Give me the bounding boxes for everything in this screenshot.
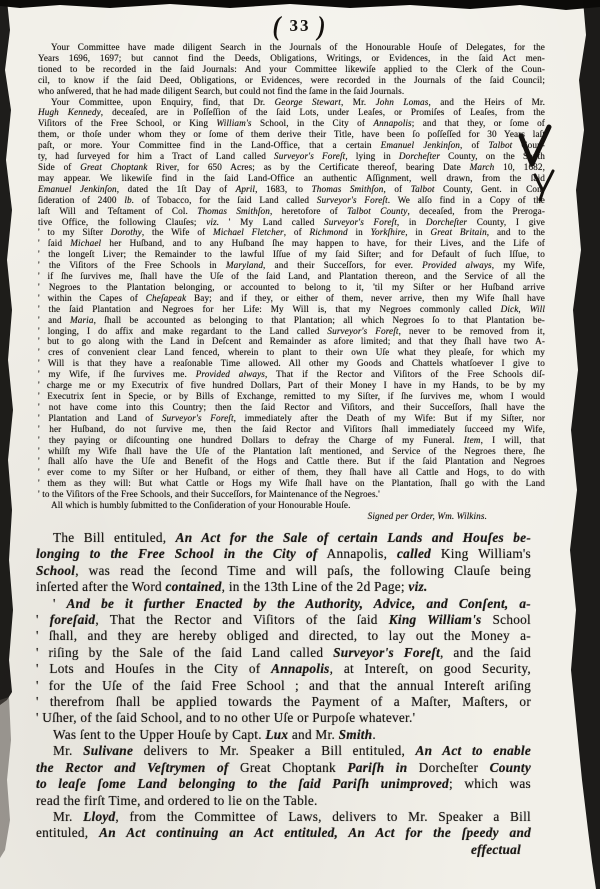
- text-line: longing to the Free School in the City o…: [36, 546, 531, 562]
- italic-text: Dorcheſter: [399, 151, 440, 161]
- italic-text: Item: [464, 435, 481, 445]
- italic-text: longing to the Free School in the City o…: [36, 546, 318, 561]
- text-line: laſt Will and Teſtament of Col. Thomas S…: [38, 206, 545, 217]
- text-line: read the firſt Time, and ordered to lie …: [36, 793, 531, 809]
- italic-text: Emanuel Jenkinſon: [38, 184, 117, 194]
- italic-text: Lloyd: [83, 809, 115, 824]
- text-line: ' charge me or my Executrix of five hund…: [38, 380, 545, 391]
- italic-text: Sulivane: [83, 743, 133, 758]
- text-line: The Bill entituled, An Act for the Sale …: [36, 530, 531, 546]
- text-line: ty, had ſurveyed for him a Tract of Land…: [38, 151, 545, 162]
- italic-text: School: [36, 563, 75, 578]
- italic-text: Talbot: [488, 140, 512, 150]
- italic-text: Surveyor's Foreſt: [274, 151, 345, 161]
- text-line: ' them as they will: But what Cattle or …: [38, 478, 545, 489]
- text-line: ' Will is that they have a reaſonable Ti…: [38, 358, 545, 369]
- italic-text: John Lomas: [376, 97, 429, 107]
- text-line: inſerted after the Word contained, in th…: [36, 579, 531, 595]
- italic-text: An Act for the Sale of certain Lands and…: [176, 530, 531, 545]
- text-line: ' foreſaid, That the Rector and Viſitors…: [36, 612, 531, 628]
- italic-text: Hugh Kennedy: [38, 107, 101, 117]
- text-line: ' ſaid Michael her Huſband, and to any H…: [38, 238, 545, 249]
- page-number: (33): [0, 14, 600, 41]
- text-line: ' my Wife, if ſhe ſurvives me. Provided …: [38, 369, 545, 380]
- text-line: ' not have come into this Country; then …: [38, 402, 545, 413]
- text-line: tioned to be recorded in the ſaid Journa…: [38, 64, 545, 75]
- text-line: School, was read the ſecond Time and wil…: [36, 563, 531, 579]
- italic-text: Talbot: [411, 184, 435, 194]
- text-line: ' the Viſitors of the Free Schools in Ma…: [38, 260, 545, 271]
- italic-text: Yorkſhire: [371, 227, 406, 237]
- text-line: ' cres of convenient clear Land fenced, …: [38, 347, 545, 358]
- text-line: ' her Huſband, do not ſurvive me, then t…: [38, 424, 545, 435]
- italic-text: Provided always: [422, 260, 492, 270]
- journal-proceedings-text: The Bill entituled, An Act for the Sale …: [36, 530, 531, 858]
- italic-text: An Act continuing an Act entituled, An A…: [99, 825, 531, 840]
- scan-left-edge: [0, 0, 13, 705]
- italic-text: County: [490, 760, 531, 775]
- text-line: ' to my Siſter Dorothy, the Wife of Mich…: [38, 227, 545, 238]
- italic-text: Thomas Smithſon: [312, 184, 384, 194]
- text-line: paſt, or more. Your Committee find in th…: [38, 140, 545, 151]
- text-line: Your Committee, upon Enquiry, find, that…: [38, 97, 545, 108]
- text-line: Mr. Sulivane delivers to Mr. Speaker a B…: [36, 743, 531, 759]
- italic-text: Great Choptank: [80, 162, 147, 172]
- italic-text: Thomas Smithſon: [197, 206, 270, 216]
- scan-right-edge: [570, 0, 600, 889]
- text-line: the Rector and Veſtrymen of Great Chopta…: [36, 760, 531, 776]
- text-line: may appear. We likewiſe find in the ſaid…: [38, 173, 545, 184]
- italic-text: April: [236, 184, 256, 194]
- text-line: ' ſhall, and they are hereby obliged and…: [36, 628, 531, 644]
- text-line: ' for the Uſe of the ſaid Free School ; …: [36, 678, 531, 694]
- text-line: ' And be it further Enacted by the Autho…: [36, 596, 531, 612]
- text-line: who anſwered, that he had made diligent …: [38, 86, 545, 97]
- italic-text: viz.: [206, 217, 219, 227]
- italic-text: effectual: [471, 842, 521, 857]
- text-line: to leaſe ſome Land belonging to the ſaid…: [36, 776, 531, 792]
- text-line: ' whilſt my Wife ſhall have the Uſe of t…: [38, 446, 545, 457]
- italic-text: Will: [530, 304, 545, 314]
- text-line: ſideration of 2400 lb. of Tobacco, for t…: [38, 195, 545, 206]
- text-line: ' Negroes to the Plantation belonging, o…: [38, 282, 545, 293]
- scan-top-edge: [0, 0, 600, 10]
- text-line: Signed per Order, Wm. Wilkins.: [38, 511, 545, 522]
- italic-text: Annapolis: [271, 661, 329, 676]
- text-line: All which is humbly ſubmitted to the Con…: [38, 500, 545, 511]
- italic-text: George Stewart: [275, 97, 341, 107]
- text-line: ' Executrix ſent in Specie, or by Bills …: [38, 391, 545, 402]
- text-line: effectual: [36, 842, 531, 858]
- text-line: ' but to go along with the Land in Deſce…: [38, 336, 545, 347]
- page-number-value: 33: [290, 16, 311, 35]
- text-line: ' to the Viſitors of the Free Schools, a…: [38, 489, 545, 500]
- italic-text: Talbot County: [347, 206, 407, 216]
- italic-text: Surveyor's Foreſt: [324, 217, 397, 227]
- italic-text: lb.: [124, 195, 134, 205]
- italic-text: the Rector and Veſtrymen of: [36, 760, 229, 775]
- text-line: Side of Great Choptank River, for 650 Ac…: [38, 162, 545, 173]
- committee-report-text: Your Committee have made diligent Search…: [38, 42, 545, 522]
- italic-text: Dorothy: [111, 227, 142, 237]
- scanned-document-page: (33) Your Committee have made diligent S…: [0, 0, 600, 889]
- text-line: ' Lots and Houſes in the City of Annapol…: [36, 661, 531, 677]
- text-line: Viſitors of the Free School, or King Wil…: [38, 118, 545, 129]
- text-line: Your Committee have made diligent Search…: [38, 42, 545, 53]
- italic-text: Annapolis: [373, 118, 411, 128]
- italic-text: contained: [165, 579, 221, 594]
- page-number-bracket-left: (: [266, 12, 290, 43]
- italic-text: Dorcheſter: [426, 217, 467, 227]
- italic-text: Michael Fletcher: [213, 227, 284, 237]
- italic-text: King William's: [389, 612, 482, 627]
- italic-text: Smith: [339, 727, 373, 742]
- italic-text: Provided always: [196, 369, 265, 379]
- text-line: ' therefrom ſhall be applied towards the…: [36, 694, 531, 710]
- italic-text: Maria: [70, 315, 94, 325]
- text-line: cil, to know if the ſaid Deed, Obligatio…: [38, 75, 545, 86]
- italic-text: Pariſh in: [347, 760, 407, 775]
- italic-text: And be it further Enacted by the Authori…: [67, 596, 531, 611]
- text-line: ' they paying or diſcounting one hundred…: [38, 435, 545, 446]
- italic-text: An Act to enable: [416, 743, 531, 758]
- italic-text: Emanuel Jenkinſon: [381, 140, 460, 150]
- text-line: entituled, An Act continuing an Act enti…: [36, 825, 531, 841]
- text-line: them, or thoſe under whom they or ſome o…: [38, 129, 545, 140]
- text-line: ' and Maria, ſhall be accounted as belon…: [38, 315, 545, 326]
- italic-text: Cheſapeak: [146, 293, 186, 303]
- italic-text: Surveyor's Foreſt: [317, 195, 388, 205]
- text-line: ' Plantation and Land of Surveyor's Fore…: [38, 413, 545, 424]
- text-line: ' ever come to my Siſter or her Huſband,…: [38, 467, 545, 478]
- italic-text: to leaſe ſome Land belonging to the ſaid…: [36, 776, 449, 791]
- italic-text: Signed per Order, Wm. Wilkins.: [368, 511, 487, 521]
- text-line: ' ſhall alſo have the Uſe and Benefit of…: [38, 456, 545, 467]
- text-line: ' riſing by the Sale of the ſaid Land ca…: [36, 645, 531, 661]
- text-line: ' the ſaid Plantation and Negroes for he…: [38, 304, 545, 315]
- text-line: Emanuel Jenkinſon, dated the 1ſt Day of …: [38, 184, 545, 195]
- text-line: Years 1696, 1697; but cannot find the De…: [38, 53, 545, 64]
- italic-text: Maryland: [226, 260, 263, 270]
- italic-text: William's: [216, 118, 251, 128]
- text-line: ' within the Capes of Cheſapeak Bay; and…: [38, 293, 545, 304]
- italic-text: viz.: [408, 579, 427, 594]
- text-line: ' the longeſt Liver; the Remainder to th…: [38, 249, 545, 260]
- text-line: Was ſent to the Upper Houſe by Capt. Lux…: [36, 727, 531, 743]
- scan-left-edge-lower: [0, 697, 11, 858]
- italic-text: Dick: [501, 304, 519, 314]
- text-line: Hugh Kennedy, deceaſed, are in Poſſeſſio…: [38, 107, 545, 118]
- page-number-bracket-right: ): [311, 12, 335, 43]
- italic-text: Surveyor's Foreſt: [333, 645, 440, 660]
- italic-text: Surveyor's Foreſt: [162, 413, 234, 423]
- text-line: Mr. Lloyd, from the Committee of Laws, d…: [36, 809, 531, 825]
- italic-text: foreſaid: [50, 612, 96, 627]
- italic-text: Surveyor's Foreſt: [327, 326, 398, 336]
- italic-text: Great Britain: [430, 227, 486, 237]
- italic-text: Richmond: [310, 227, 348, 237]
- text-line: ' if ſhe ſurvives me, ſhall have the Uſe…: [38, 271, 545, 282]
- text-line: tive Office, the following Clauſes; viz.…: [38, 217, 545, 228]
- text-line: ' longing, I do affix and make regardant…: [38, 326, 545, 337]
- italic-text: March: [470, 162, 495, 172]
- italic-text: Michael: [70, 238, 101, 248]
- text-line: ' Uſher, of the ſaid School, and to no o…: [36, 710, 531, 726]
- italic-text: called: [397, 546, 431, 561]
- italic-text: Lux: [265, 727, 288, 742]
